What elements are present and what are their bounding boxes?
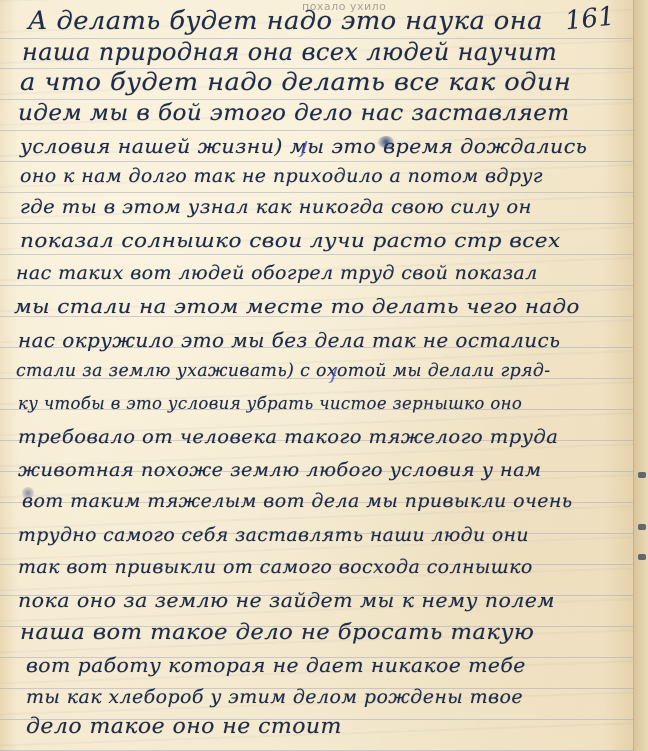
margin-ink-mark <box>638 524 646 530</box>
handwritten-line: пока оно за землю не зайдет мы к нему по… <box>18 588 555 612</box>
handwritten-line: ты как хлебороб у этим делом рождены тво… <box>26 686 523 708</box>
handwritten-line: так вот привыкли от самого восхода солны… <box>18 556 533 578</box>
handwritten-line: дело такое оно не стоит <box>26 714 342 738</box>
page-edge-margin <box>633 0 648 751</box>
notebook-page: похало ухило 161 А делать будет надо это… <box>0 0 634 751</box>
ruled-line <box>0 223 634 224</box>
ruled-line <box>0 192 634 193</box>
page-number: 161 <box>564 1 617 36</box>
ruled-line <box>0 254 634 255</box>
handwritten-line: вот работу которая не дает никакое тебе <box>26 653 526 677</box>
handwritten-line: вот таким тяжелым вот дела мы привыкли о… <box>22 490 573 512</box>
handwritten-line: идем мы в бой этого дело нас заставляет <box>18 101 570 126</box>
margin-ink-mark <box>638 472 646 478</box>
handwritten-line: нас окружило это мы без дела так не оста… <box>18 328 560 352</box>
handwritten-line: ку чтобы в это условия убрать чистое зер… <box>18 394 522 414</box>
handwritten-line: животная похоже землю любого условия у н… <box>18 459 542 481</box>
ruled-line <box>0 99 634 100</box>
handwritten-line: требовало от человека такого тяжелого тр… <box>18 426 558 448</box>
handwritten-line: стали за землю ухаживать) с охотой мы де… <box>16 360 550 381</box>
handwritten-line: где ты в этом узнал как никогда свою сил… <box>20 196 532 218</box>
handwritten-line: мы стали на этом месте то делать чего на… <box>14 294 580 318</box>
handwritten-line: показал солнышко свои лучи расто стр все… <box>20 228 561 252</box>
ruled-line <box>0 130 634 131</box>
margin-ink-mark <box>638 554 646 560</box>
ruled-line <box>0 161 634 162</box>
ink-blot <box>378 136 394 148</box>
handwritten-line: нас таких вот людей обогрел труд свой по… <box>16 262 538 284</box>
handwritten-line: трудно самого себя заставлять наши люди … <box>18 524 529 546</box>
handwritten-line: наша природная она всех людей научит <box>22 38 557 66</box>
handwritten-line: оно к нам долго так не приходило а потом… <box>20 165 543 187</box>
handwritten-line: А делать будет надо это наука она <box>28 6 543 35</box>
ruled-line <box>0 285 634 286</box>
handwritten-line: наша вот такое дело не бросать такую <box>20 620 534 644</box>
ink-blot <box>22 487 34 499</box>
handwritten-line: а что будет надо делать все как один <box>20 68 571 96</box>
